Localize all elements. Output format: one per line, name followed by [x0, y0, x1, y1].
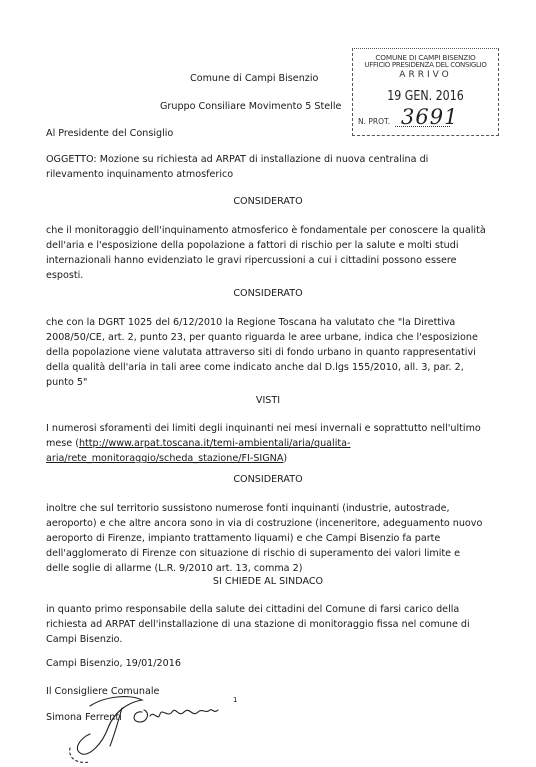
handwritten-signature	[60, 688, 240, 767]
body-line-link: aria/rete_monitoraggio/scheda_stazione/F…	[46, 451, 496, 466]
group-name: Gruppo Consiliare Movimento 5 Stelle	[160, 99, 341, 114]
place-date: Campi Bisenzio, 19/01/2016	[46, 656, 181, 671]
stamp-line-3: ARRIVO	[353, 70, 498, 80]
section-body: I numerosi sforamenti dei limiti degli i…	[46, 421, 496, 466]
subject-line: OGGETTO: Mozione su richiesta ad ARPAT d…	[46, 152, 496, 167]
municipality-name: Comune di Campi Bisenzio	[190, 71, 318, 86]
body-line: della popolazione viene valutata attrave…	[46, 345, 496, 360]
stamp-line-2: UFFICIO PRESIDENZA DEL CONSIGLIO	[353, 61, 498, 69]
body-line: Campi Bisenzio.	[46, 632, 496, 647]
section-heading: SI CHIEDE AL SINDACO	[0, 574, 536, 589]
section-body: in quanto primo responsabile della salut…	[46, 602, 496, 647]
body-line: richiesta ad ARPAT dell'installazione di…	[46, 617, 496, 632]
arpat-link-cont[interactable]: aria/rete_monitoraggio/scheda_stazione/F…	[46, 453, 283, 464]
body-line: dell'aria e l'esposizione della popolazi…	[46, 238, 496, 253]
section-body: che con la DGRT 1025 del 6/12/2010 la Re…	[46, 315, 496, 390]
section-heading: CONSIDERATO	[0, 472, 536, 487]
body-line: aeroporto) e che altre ancora sono in vi…	[46, 516, 496, 531]
body-line: aeroporto di Firenze, impianto trattamen…	[46, 531, 496, 546]
protocol-stamp: COMUNE DI CAMPI BISENZIO UFFICIO PRESIDE…	[352, 48, 499, 136]
body-line-link: mese (http://www.arpat.toscana.it/temi-a…	[46, 436, 496, 451]
body-line: in quanto primo responsabile della salut…	[46, 602, 496, 617]
body-line: internazionali hanno evidenziato le grav…	[46, 253, 496, 268]
body-line: dell'agglomerato di Firenze con situazio…	[46, 546, 496, 561]
stamp-prot-label: N. PROT.	[358, 117, 390, 126]
body-line: inoltre che sul territorio sussistono nu…	[46, 501, 496, 516]
body-line: che il monitoraggio dell'inquinamento at…	[46, 223, 496, 238]
section-heading: CONSIDERATO	[0, 286, 536, 301]
subject-line: rilevamento inquinamento atmosferico	[46, 167, 496, 182]
body-line: esposti.	[46, 268, 496, 283]
section-heading: VISTI	[0, 393, 536, 408]
body-line: I numerosi sforamenti dei limiti degli i…	[46, 421, 496, 436]
link-suffix: )	[283, 453, 287, 464]
body-line: 2008/50/CE, art. 2, punto 23, per quanto…	[46, 330, 496, 345]
stamp-date: 19 GEN. 2016	[364, 89, 487, 104]
addressee: Al Presidente del Consiglio	[46, 126, 173, 141]
subject: OGGETTO: Mozione su richiesta ad ARPAT d…	[46, 152, 496, 182]
section-heading: CONSIDERATO	[0, 194, 536, 209]
body-line: punto 5"	[46, 375, 496, 390]
stamp-prot-number: 3691	[401, 105, 458, 129]
body-line: che con la DGRT 1025 del 6/12/2010 la Re…	[46, 315, 496, 330]
arpat-link[interactable]: http://www.arpat.toscana.it/temi-ambient…	[79, 438, 351, 449]
section-body: inoltre che sul territorio sussistono nu…	[46, 501, 496, 576]
link-prefix: mese (	[46, 438, 79, 449]
body-line: della qualità dell'aria in tali aree com…	[46, 360, 496, 375]
section-body: che il monitoraggio dell'inquinamento at…	[46, 223, 496, 283]
